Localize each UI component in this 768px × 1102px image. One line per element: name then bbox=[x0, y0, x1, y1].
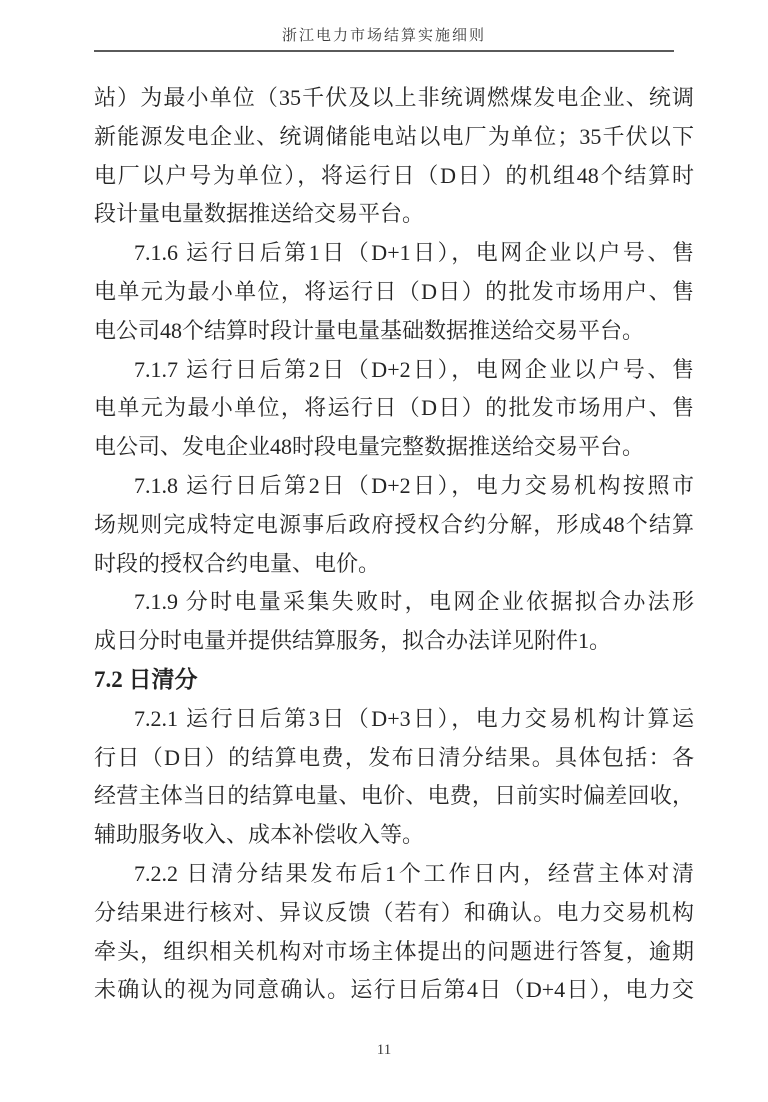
document-page: 浙江电力市场结算实施细则 站）为最小单位（35千伏及以上非统调燃煤发电企业、统调… bbox=[0, 0, 768, 1102]
text-line: 行日（D日）的结算电费，发布日清分结果。具体包括：各 bbox=[94, 739, 694, 778]
text-line: 成日分时电量并提供结算服务，拟合办法详见附件1。 bbox=[94, 622, 694, 661]
text-line: 场规则完成特定电源事后政府授权合约分解，形成48个结算 bbox=[94, 506, 694, 545]
text-line: 电单元为最小单位，将运行日（D日）的批发市场用户、售 bbox=[94, 389, 694, 428]
text-line: 时段的授权合约电量、电价。 bbox=[94, 545, 694, 584]
page-header: 浙江电力市场结算实施细则 bbox=[0, 0, 768, 52]
text-line: 分结果进行核对、异议反馈（若有）和确认。电力交易机构 bbox=[94, 894, 694, 933]
section-heading-7-2: 7.2 日清分 bbox=[94, 661, 694, 700]
paragraph: 7.2.1 运行日后第3日（D+3日），电力交易机构计算运 行日（D日）的结算电… bbox=[94, 700, 694, 855]
page-footer: 11 bbox=[0, 1042, 768, 1059]
text-line: 新能源发电企业、统调储能电站以电厂为单位；35千伏以下 bbox=[94, 118, 694, 157]
text-line: 7.1.9 分时电量采集失败时，电网企业依据拟合办法形 bbox=[94, 583, 694, 622]
text-line: 未确认的视为同意确认。运行日后第4日（D+4日），电力交 bbox=[94, 971, 694, 1010]
paragraph: 7.1.6 运行日后第1日（D+1日），电网企业以户号、售 电单元为最小单位，将… bbox=[94, 234, 694, 350]
text-line: 牵头，组织相关机构对市场主体提出的问题进行答复，逾期 bbox=[94, 933, 694, 972]
document-body: 站）为最小单位（35千伏及以上非统调燃煤发电企业、统调 新能源发电企业、统调储能… bbox=[94, 79, 694, 1010]
text-line: 7.2.2 日清分结果发布后1个工作日内，经营主体对清 bbox=[94, 855, 694, 894]
text-line: 7.1.8 运行日后第2日（D+2日），电力交易机构按照市 bbox=[94, 467, 694, 506]
paragraph: 7.1.7 运行日后第2日（D+2日），电网企业以户号、售 电单元为最小单位，将… bbox=[94, 351, 694, 467]
text-line: 7.1.6 运行日后第1日（D+1日），电网企业以户号、售 bbox=[94, 234, 694, 273]
text-line: 站）为最小单位（35千伏及以上非统调燃煤发电企业、统调 bbox=[94, 79, 694, 118]
text-line: 电公司、发电企业48时段电量完整数据推送给交易平台。 bbox=[94, 428, 694, 467]
text-line: 电厂以户号为单位），将运行日（D日）的机组48个结算时 bbox=[94, 157, 694, 196]
header-rule bbox=[94, 50, 674, 52]
text-line: 7.1.7 运行日后第2日（D+2日），电网企业以户号、售 bbox=[94, 351, 694, 390]
text-line: 电单元为最小单位，将运行日（D日）的批发市场用户、售 bbox=[94, 273, 694, 312]
text-line: 电公司48个结算时段计量电量基础数据推送给交易平台。 bbox=[94, 312, 694, 351]
paragraph: 7.1.9 分时电量采集失败时，电网企业依据拟合办法形 成日分时电量并提供结算服… bbox=[94, 583, 694, 661]
text-line: 辅助服务收入、成本补偿收入等。 bbox=[94, 816, 694, 855]
paragraph: 7.1.8 运行日后第2日（D+2日），电力交易机构按照市 场规则完成特定电源事… bbox=[94, 467, 694, 583]
paragraph: 7.2.2 日清分结果发布后1个工作日内，经营主体对清 分结果进行核对、异议反馈… bbox=[94, 855, 694, 1010]
page-number: 11 bbox=[377, 1042, 391, 1058]
text-line: 7.2.1 运行日后第3日（D+3日），电力交易机构计算运 bbox=[94, 700, 694, 739]
paragraph: 站）为最小单位（35千伏及以上非统调燃煤发电企业、统调 新能源发电企业、统调储能… bbox=[94, 79, 694, 234]
text-line: 经营主体当日的结算电量、电价、电费，日前实时偏差回收， bbox=[94, 777, 694, 816]
running-header-title: 浙江电力市场结算实施细则 bbox=[0, 26, 768, 46]
text-line: 段计量电量数据推送给交易平台。 bbox=[94, 195, 694, 234]
